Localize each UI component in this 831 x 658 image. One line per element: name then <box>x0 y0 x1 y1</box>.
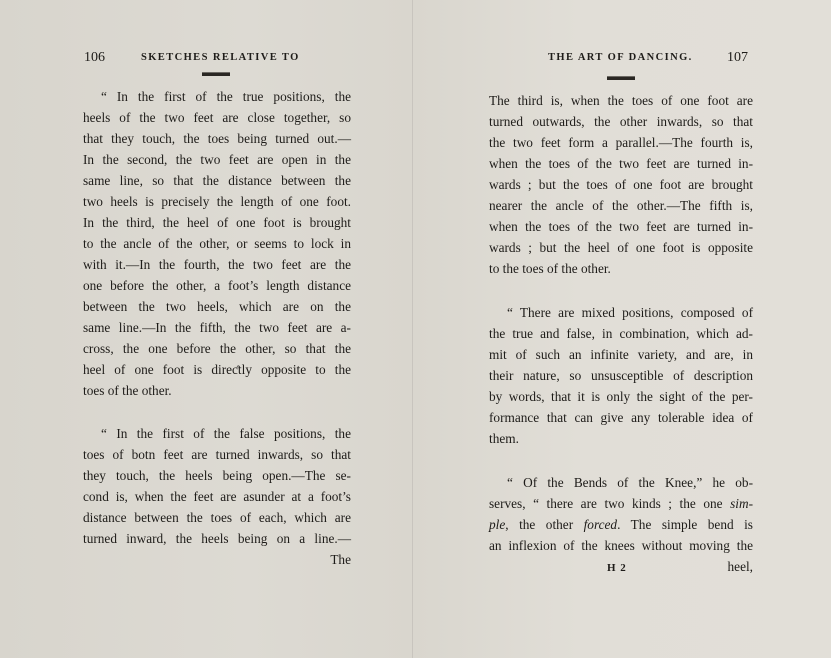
text-line: toes of botn feet are turned inwards, so… <box>83 444 351 465</box>
text-line: same line.—In the fifth, the two feet ar… <box>83 317 351 338</box>
text-line: the two feet form a parallel.—The fourth… <box>489 132 753 153</box>
text-segment: “ Of the Bends of the Knee,” he ob- <box>507 475 753 490</box>
text-line: wards ; but the toes of one foot are bro… <box>489 174 753 195</box>
paragraph-gap <box>489 279 753 302</box>
right-page-header: THE ART OF DANCING. 107 <box>548 50 748 68</box>
text-line: serves, “ there are two kinds ; the one … <box>489 493 753 514</box>
paragraph: The third is, when the toes of one foot … <box>489 90 753 279</box>
text-segment: serves, “ there are two kinds ; the one <box>489 496 730 511</box>
text-line: by words, that it is only the sight of t… <box>489 386 753 407</box>
text-line: when the toes of the two feet are turned… <box>489 153 753 174</box>
text-line: that they touch, the toes being turned o… <box>83 128 351 149</box>
text-line: between the two heels, which are on the <box>83 296 351 317</box>
text-line: mit of such an infinite variety, and are… <box>489 344 753 365</box>
text-line: “ In the first of the true positions, th… <box>83 86 351 107</box>
book-spread: 106 SKETCHES RELATIVE TO “ In the first … <box>0 0 831 658</box>
header-rule <box>607 76 635 80</box>
text-line: In the third, the heel of one foot is br… <box>83 212 351 233</box>
text-line: cond is, when the feet are asunder at a … <box>83 486 351 507</box>
text-line: two heels is precisely the length of one… <box>83 191 351 212</box>
italic-text: ple <box>489 517 505 532</box>
text-line: distance between the toes of each, which… <box>83 507 351 528</box>
text-line: ple, the other forced. The simple bend i… <box>489 514 753 535</box>
text-line: formance that can give any tolerable ide… <box>489 407 753 428</box>
signature-mark: H 2 <box>607 556 627 577</box>
italic-text: forced <box>584 517 617 532</box>
text-line: turned outwards, the other inwards, so t… <box>489 111 753 132</box>
text-line: “ Of the Bends of the Knee,” he ob- <box>489 472 753 493</box>
text-line: toes of the other. <box>83 380 351 401</box>
left-page-body: “ In the first of the true positions, th… <box>83 86 351 570</box>
text-segment: . The simple bend is <box>617 517 753 532</box>
text-line: cross, the one before the other, so that… <box>83 338 351 359</box>
running-head: SKETCHES RELATIVE TO <box>141 52 300 63</box>
text-line: turned inward, the heels being on a line… <box>83 528 351 549</box>
page-number: 107 <box>727 50 748 66</box>
running-head: THE ART OF DANCING. <box>548 52 693 63</box>
right-page-body: The third is, when the toes of one foot … <box>489 90 753 577</box>
text-line: wards ; but the heel of one foot is oppo… <box>489 237 753 258</box>
text-line: nearer the ancle of the other.—The fifth… <box>489 195 753 216</box>
header-rule <box>202 72 230 76</box>
text-line: to the toes of the other. <box>489 258 753 279</box>
text-line: “ In the first of the false positions, t… <box>83 423 351 444</box>
text-line: when the toes of the two feet are turned… <box>489 216 753 237</box>
text-segment: an inflexion of the knees without moving… <box>489 538 753 553</box>
page-number: 106 <box>84 50 105 66</box>
text-line: The third is, when the toes of one foot … <box>489 90 753 111</box>
catchword: heel, <box>728 556 753 577</box>
text-line: an inflexion of the knees without moving… <box>489 535 753 556</box>
text-line: “ There are mixed positions, composed of <box>489 302 753 323</box>
text-line: their nature, so unsusceptible of descri… <box>489 365 753 386</box>
text-line: one before the other, a foot’s length di… <box>83 275 351 296</box>
text-line: them. <box>489 428 753 449</box>
text-line: to the ancle of the other, or seems to l… <box>83 233 351 254</box>
page-footer: H 2 heel, <box>489 556 753 577</box>
paragraph-gap <box>83 401 351 423</box>
paragraph-gap <box>489 449 753 472</box>
text-line: they touch, the heels being open.—The se… <box>83 465 351 486</box>
text-line: with it.—In the fourth, the two feet are… <box>83 254 351 275</box>
text-line: heel of one foot is direƈtly opposite to… <box>83 359 351 380</box>
paragraph: “ In the first of the false positions, t… <box>83 423 351 549</box>
paragraph: “ There are mixed positions, composed of… <box>489 302 753 449</box>
text-line: same line, so that the distance between … <box>83 170 351 191</box>
left-page: 106 SKETCHES RELATIVE TO “ In the first … <box>0 0 413 658</box>
text-line: heels of the two feet are close together… <box>83 107 351 128</box>
left-page-header: 106 SKETCHES RELATIVE TO <box>84 50 354 68</box>
catchword: The <box>83 549 351 570</box>
right-page: THE ART OF DANCING. 107 The third is, wh… <box>413 0 831 658</box>
text-line: the true and false, in combination, whic… <box>489 323 753 344</box>
italic-text: sim- <box>730 496 753 511</box>
text-segment: , the other <box>505 517 583 532</box>
paragraph: “ In the first of the true positions, th… <box>83 86 351 401</box>
paragraph: “ Of the Bends of the Knee,” he ob- serv… <box>489 472 753 556</box>
text-line: In the second, the two feet are open in … <box>83 149 351 170</box>
